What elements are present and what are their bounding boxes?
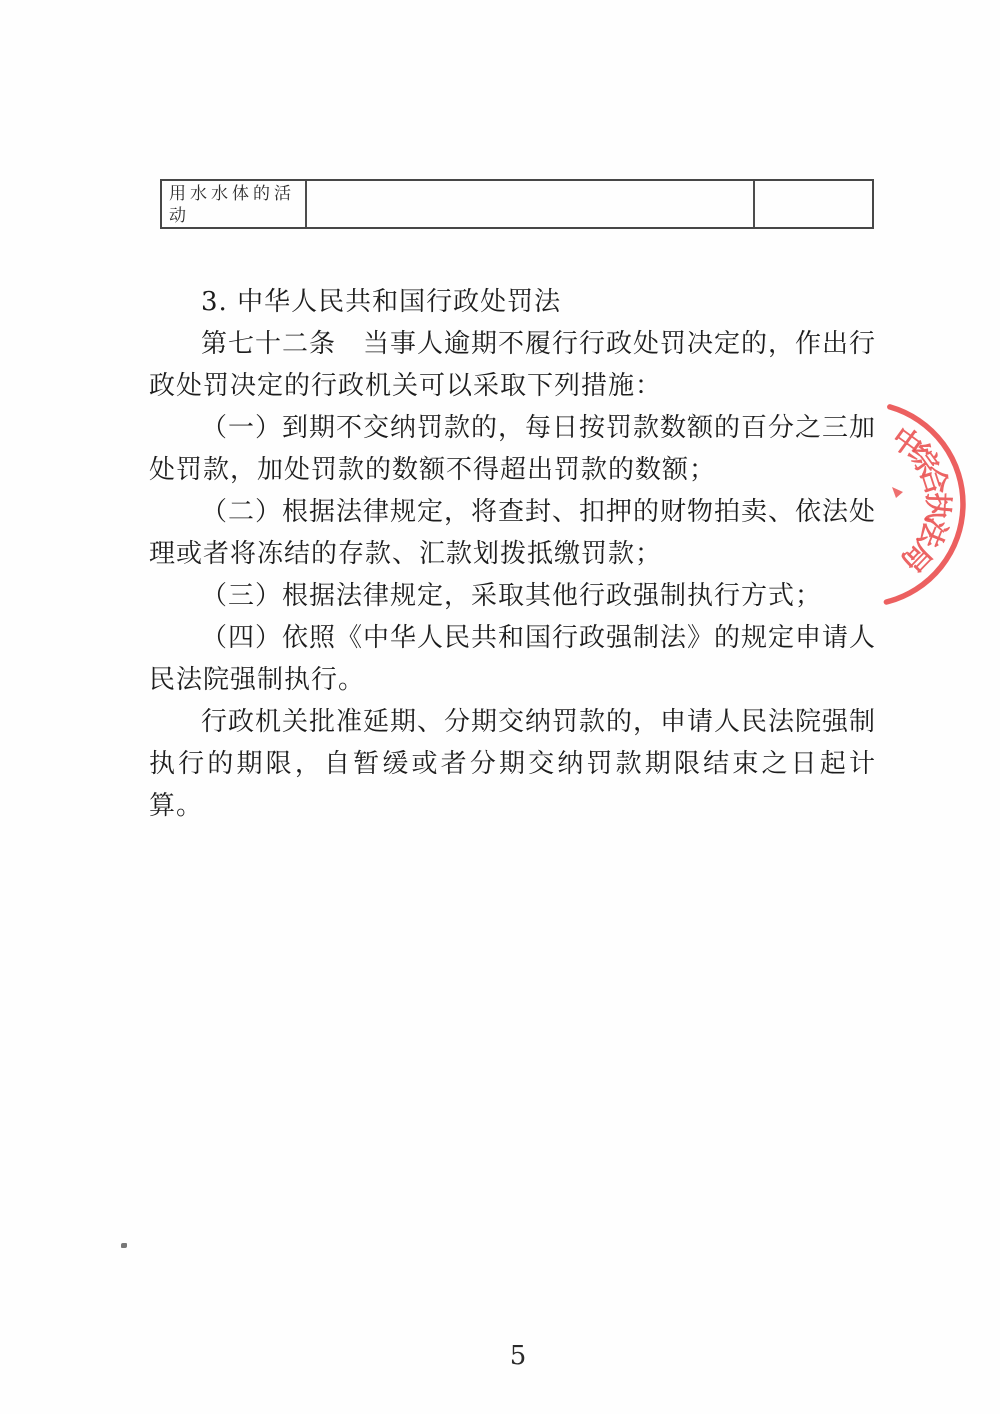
section-heading: 3. 中华人民共和国行政处罚法	[149, 281, 876, 323]
official-red-seal-icon: 中 综 合 执 法 局	[760, 388, 1000, 623]
seal-star-fragment	[892, 487, 903, 498]
scanned-document-page: 用水水体的活动 3. 中华人民共和国行政处罚法 第七十二条 当事人逾期不履行行政…	[0, 0, 1000, 1414]
table-fragment: 用水水体的活动	[160, 179, 874, 229]
table-cell-empty-middle	[305, 181, 754, 227]
table-cell-activity-label: 用水水体的活动	[162, 181, 305, 227]
paragraph-closing: 行政机关批准延期、分期交纳罚款的，申请人民法院强制执行的期限，自暂缓或者分期交纳…	[149, 701, 876, 827]
table-cell-empty-right	[753, 181, 872, 227]
page-number: 5	[0, 1341, 1000, 1371]
paragraph-item-4: （四）依照《中华人民共和国行政强制法》的规定申请人民法院强制执行。	[149, 617, 876, 701]
scan-speck	[121, 1243, 127, 1248]
